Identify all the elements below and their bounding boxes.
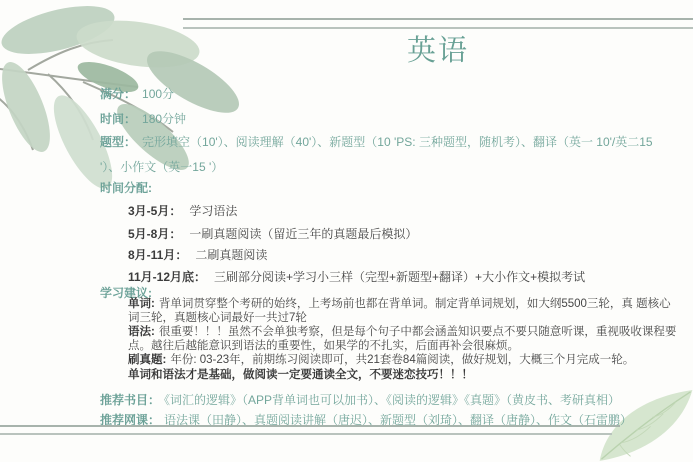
schedule-period: 8月-11月： — [128, 248, 187, 262]
schedule-task: 二刷真题阅读 — [195, 248, 267, 262]
advice-item-past-papers: 刷真题:年份: 03-23年，前期练习阅读即可，共21套卷84篇阅读，做好规划，… — [128, 353, 679, 367]
duration-value: 180分钟 — [142, 112, 186, 126]
schedule-period: 11月-12月底： — [128, 270, 206, 284]
schedule-period: 5月-8月： — [128, 227, 181, 241]
advice-emphasis: 单词和语法才是基础，做阅读一定要通读全文，不要迷恋技巧！！！ — [128, 366, 679, 382]
score-label: 满分： — [100, 87, 136, 101]
advice-item-grammar: 语法:很重要！！！虽然不会单独考察，但是每个句子中都会涵盖知识要点不要只随意听课… — [128, 325, 679, 353]
advice-item-vocabulary: 单词:背单词贯穿整个考研的始终，上考场前也都在背单词。制定背单词规划，如大纲55… — [128, 297, 679, 325]
schedule-period: 3月-5月： — [128, 204, 181, 218]
recommended-books-row: 推荐书目：《词汇的逻辑》（APP背单词也可以加书）、《阅读的逻辑》《真题》（黄皮… — [100, 391, 679, 408]
study-notes-page: { "title": "英语", "info_rows": { "score":… — [0, 0, 693, 462]
duration-row: 时间：180分钟 — [100, 107, 660, 132]
top-rule-upper — [183, 18, 693, 20]
schedule-item: 11月-12月底：三刷部分阅读+学习小三样（完型+新题型+翻译）+大小作文+模拟… — [128, 268, 673, 285]
duration-label: 时间： — [100, 112, 136, 126]
schedule-item: 3月-5月：学习语法 — [128, 202, 673, 219]
schedule-task: 一刷真题阅读（留近三年的真题最后模拟） — [189, 227, 417, 241]
question-types-row: 题型：完形填空（10'）、阅读理解（40'）、新题型（10 'PS: 三种题型，… — [100, 130, 660, 180]
schedule-task: 三刷部分阅读+学习小三样（完型+新题型+翻译）+大小作文+模拟考试 — [214, 270, 585, 284]
question-types-label: 题型： — [100, 135, 136, 149]
question-types-value: 完形填空（10'）、阅读理解（40'）、新题型（10 'PS: 三种题型，随机考… — [100, 135, 653, 174]
score-value: 100分 — [142, 87, 174, 101]
page-title: 英语 — [183, 28, 693, 69]
advice-term: 单词: — [128, 298, 155, 310]
bottom-rule-lower — [0, 433, 612, 435]
advice-text: 背单词贯穿整个考研的始终，上考场前也都在背单词。制定背单词规划，如大纲5500三… — [128, 298, 671, 324]
advice-text: 很重要！！！虽然不会单独考察，但是每个句子中都会涵盖知识要点不要只随意听课，重视… — [128, 326, 676, 352]
schedule-item: 8月-11月：二刷真题阅读 — [128, 246, 673, 263]
recommended-books-value: 《词汇的逻辑》（APP背单词也可以加书）、《阅读的逻辑》《真题》（黄皮书、考研真… — [164, 393, 620, 407]
bottom-rule-upper — [0, 425, 620, 427]
advice-term: 刷真题: — [128, 354, 166, 366]
advice-text: 年份: 03-23年，前期练习阅读即可，共21套卷84篇阅读，做好规划，大概三个… — [170, 354, 634, 366]
schedule-item: 5月-8月：一刷真题阅读（留近三年的真题最后模拟） — [128, 225, 673, 242]
recommended-books-label: 推荐书目： — [100, 393, 160, 407]
schedule-section-label: 时间分配: — [100, 179, 152, 196]
score-row: 满分：100分 — [100, 82, 660, 107]
schedule-task: 学习语法 — [189, 204, 237, 218]
advice-term: 语法: — [128, 326, 155, 338]
